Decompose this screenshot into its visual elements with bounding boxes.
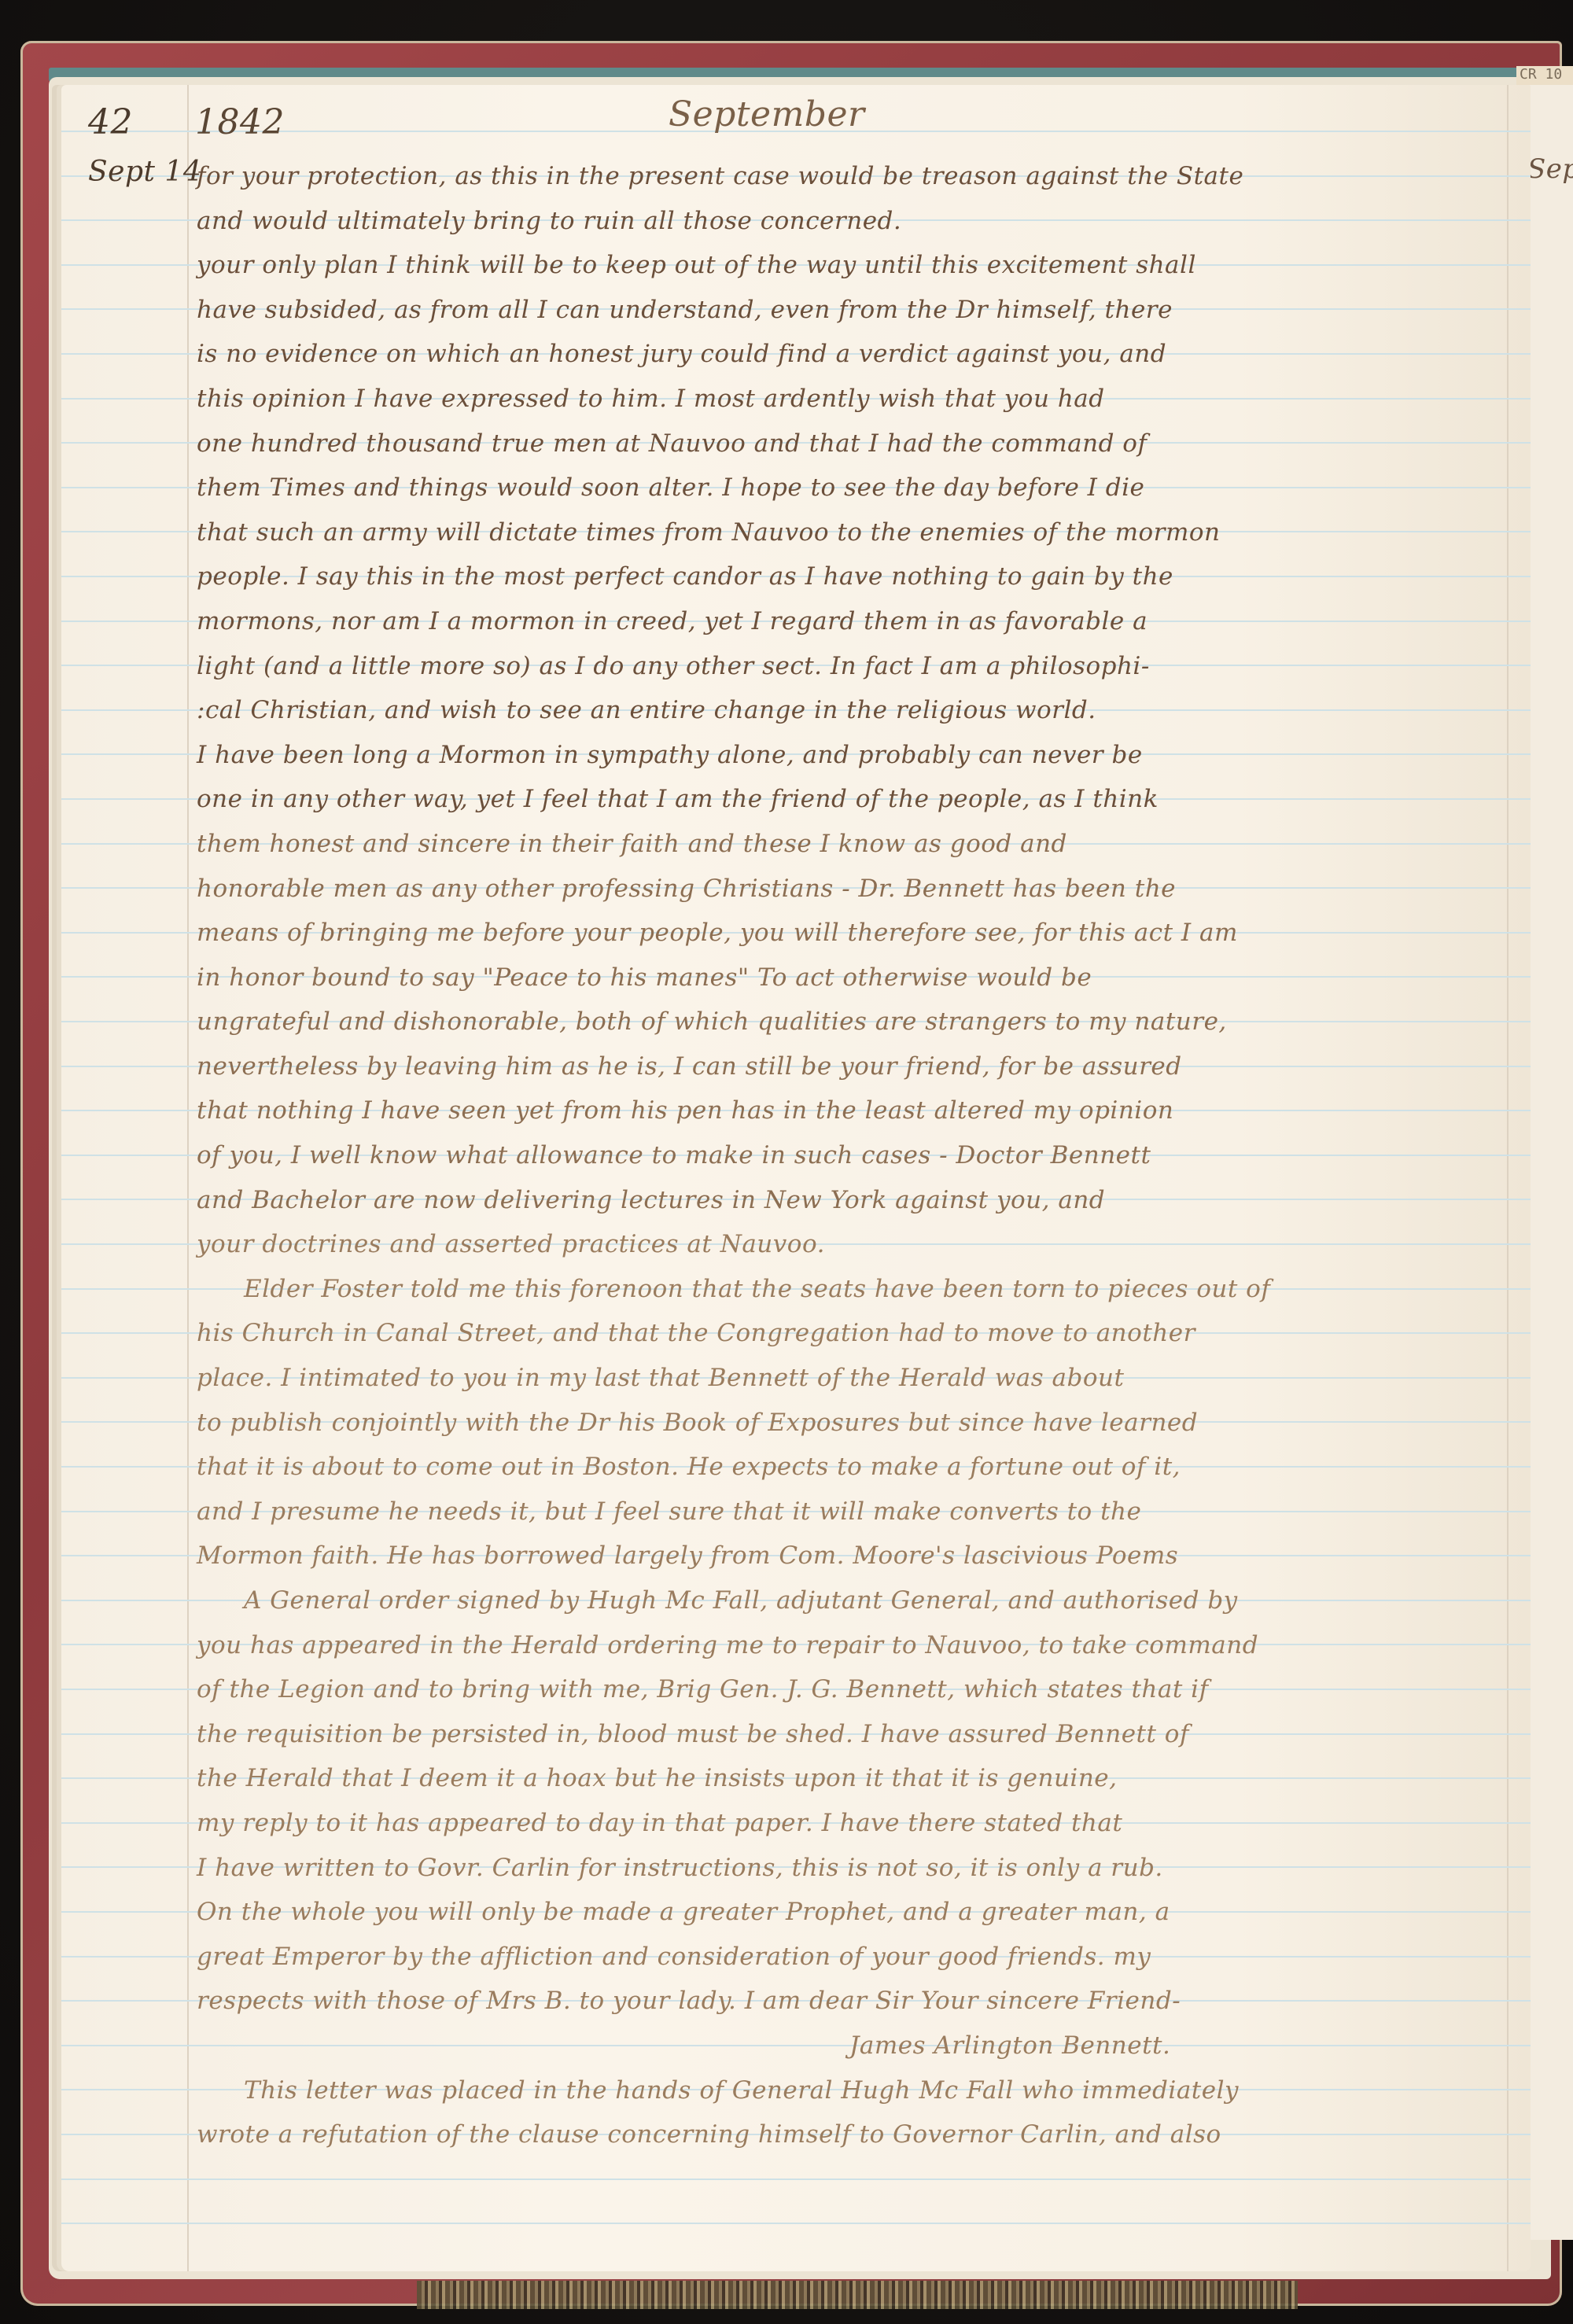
handwritten-line: Elder Foster told me this forenoon that … xyxy=(197,1267,1471,1312)
handwritten-line: them Times and things would soon alter. … xyxy=(197,466,1471,510)
handwritten-line: ungrateful and dishonorable, both of whi… xyxy=(197,1000,1471,1044)
handwritten-line: light (and a little more so) as I do any… xyxy=(197,644,1471,689)
handwritten-line: them honest and sincere in their faith a… xyxy=(197,822,1471,867)
handwritten-line: my reply to it has appeared to day in th… xyxy=(197,1801,1471,1846)
handwritten-line: means of bringing me before your people,… xyxy=(197,911,1471,956)
right-margin-rule xyxy=(1507,85,1509,2271)
handwritten-line: Mormon faith. He has borrowed largely fr… xyxy=(197,1534,1471,1578)
left-margin-rule xyxy=(187,85,189,2271)
handwritten-line: people. I say this in the most perfect c… xyxy=(197,554,1471,599)
handwritten-line: place. I intimated to you in my last tha… xyxy=(197,1356,1471,1401)
handwritten-line: nevertheless by leaving him as he is, I … xyxy=(197,1044,1471,1089)
letter-text: for your protection, as this in the pres… xyxy=(197,154,1471,2157)
ruled-line xyxy=(61,2179,1531,2180)
handwritten-line: this opinion I have expressed to him. I … xyxy=(197,377,1471,422)
handwritten-line: I have been long a Mormon in sympathy al… xyxy=(197,733,1471,778)
handwritten-line: that it is about to come out in Boston. … xyxy=(197,1445,1471,1490)
signature-line: James Arlington Bennett. xyxy=(197,2024,1471,2068)
handwritten-line: honorable men as any other professing Ch… xyxy=(197,867,1471,912)
facing-page-date: Sept xyxy=(1527,153,1573,185)
page-number: 42 xyxy=(88,102,133,142)
handwritten-line: you has appeared in the Herald ordering … xyxy=(197,1623,1471,1668)
handwritten-line: and would ultimately bring to ruin all t… xyxy=(197,199,1471,244)
handwritten-line: respects with those of Mrs B. to your la… xyxy=(197,1979,1471,2024)
handwritten-line: have subsided, as from all I can underst… xyxy=(197,288,1471,333)
page-month-heading: September xyxy=(669,94,865,134)
page-year: 1842 xyxy=(195,102,285,142)
handwritten-line: and Bachelor are now delivering lectures… xyxy=(197,1178,1471,1223)
handwritten-line: the requisition be persisted in, blood m… xyxy=(197,1712,1471,1757)
handwritten-line: your only plan I think will be to keep o… xyxy=(197,243,1471,288)
handwritten-line: great Emperor by the affliction and cons… xyxy=(197,1935,1471,1980)
handwritten-line: to publish conjointly with the Dr his Bo… xyxy=(197,1401,1471,1446)
handwritten-line: I have written to Govr. Carlin for instr… xyxy=(197,1846,1471,1891)
handwritten-line: for your protection, as this in the pres… xyxy=(197,154,1471,199)
handwritten-line: On the whole you will only be made a gre… xyxy=(197,1890,1471,1935)
marbled-page-edge xyxy=(417,2281,1298,2309)
handwritten-line: your doctrines and asserted practices at… xyxy=(197,1222,1471,1267)
handwritten-line: of you, I well know what allowance to ma… xyxy=(197,1133,1471,1178)
handwritten-line: A General order signed by Hugh Mc Fall, … xyxy=(197,1578,1471,1623)
handwritten-line: mormons, nor am I a mormon in creed, yet… xyxy=(197,599,1471,644)
handwritten-line: :cal Christian, and wish to see an entir… xyxy=(197,688,1471,733)
handwritten-line: is no evidence on which an honest jury c… xyxy=(197,332,1471,377)
handwritten-line: and I presume he needs it, but I feel su… xyxy=(197,1490,1471,1534)
handwritten-line: of the Legion and to bring with me, Brig… xyxy=(197,1667,1471,1712)
handwritten-line: that nothing I have seen yet from his pe… xyxy=(197,1088,1471,1133)
handwritten-line: one in any other way, yet I feel that I … xyxy=(197,777,1471,822)
handwritten-line: in honor bound to say "Peace to his mane… xyxy=(197,956,1471,1000)
handwritten-line: This letter was placed in the hands of G… xyxy=(197,2068,1471,2113)
ruled-line xyxy=(61,2223,1531,2224)
handwritten-line: his Church in Canal Street, and that the… xyxy=(197,1311,1471,1356)
entry-date: Sept 14 xyxy=(88,156,201,188)
handwritten-line: wrote a refutation of the clause concern… xyxy=(197,2112,1471,2157)
handwritten-line: one hundred thousand true men at Nauvoo … xyxy=(197,422,1471,466)
handwritten-line: the Herald that I deem it a hoax but he … xyxy=(197,1756,1471,1801)
handwritten-line: that such an army will dictate times fro… xyxy=(197,510,1471,555)
